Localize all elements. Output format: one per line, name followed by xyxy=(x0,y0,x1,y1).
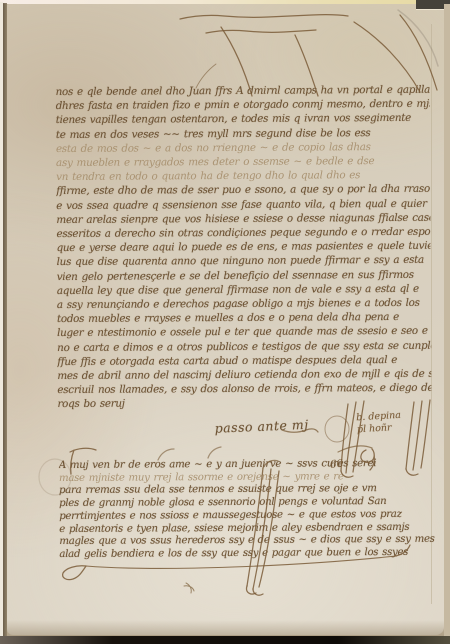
manuscript-line: tienes vapilles tengan ostentaron, e tod… xyxy=(56,111,430,127)
manuscript-line: mase mjniste muy rrej la ssorme e orejen… xyxy=(59,470,435,485)
manuscript-line: alad gelis bendiera e los de ssy que ssy… xyxy=(59,547,435,562)
manuscript-line: roqs bo seruj xyxy=(57,395,431,411)
notary-signature: b. depina p̃l hoñr xyxy=(356,410,402,437)
attestation-phrase: passo ante mj xyxy=(214,417,308,436)
manuscript-line: escriuil nos llamades, e ssy dos alonso … xyxy=(57,381,431,397)
paragraph-1: nos e qle bende anel dho Juan ffrs A dmi… xyxy=(56,83,432,412)
ink-layer: nos e qle bende anel dho Juan ffrs A dmi… xyxy=(0,0,450,644)
signature-title-line: p̃l hoñr xyxy=(357,422,402,437)
paragraph-2: A muj ven br de eros ame ~ e y an juenir… xyxy=(59,458,436,562)
manuscript-scan: nos e qle bende anel dho Juan ffrs A dmi… xyxy=(0,0,450,644)
manuscript-line: vn tendra en todo o quanto ha de tengo d… xyxy=(56,168,430,184)
